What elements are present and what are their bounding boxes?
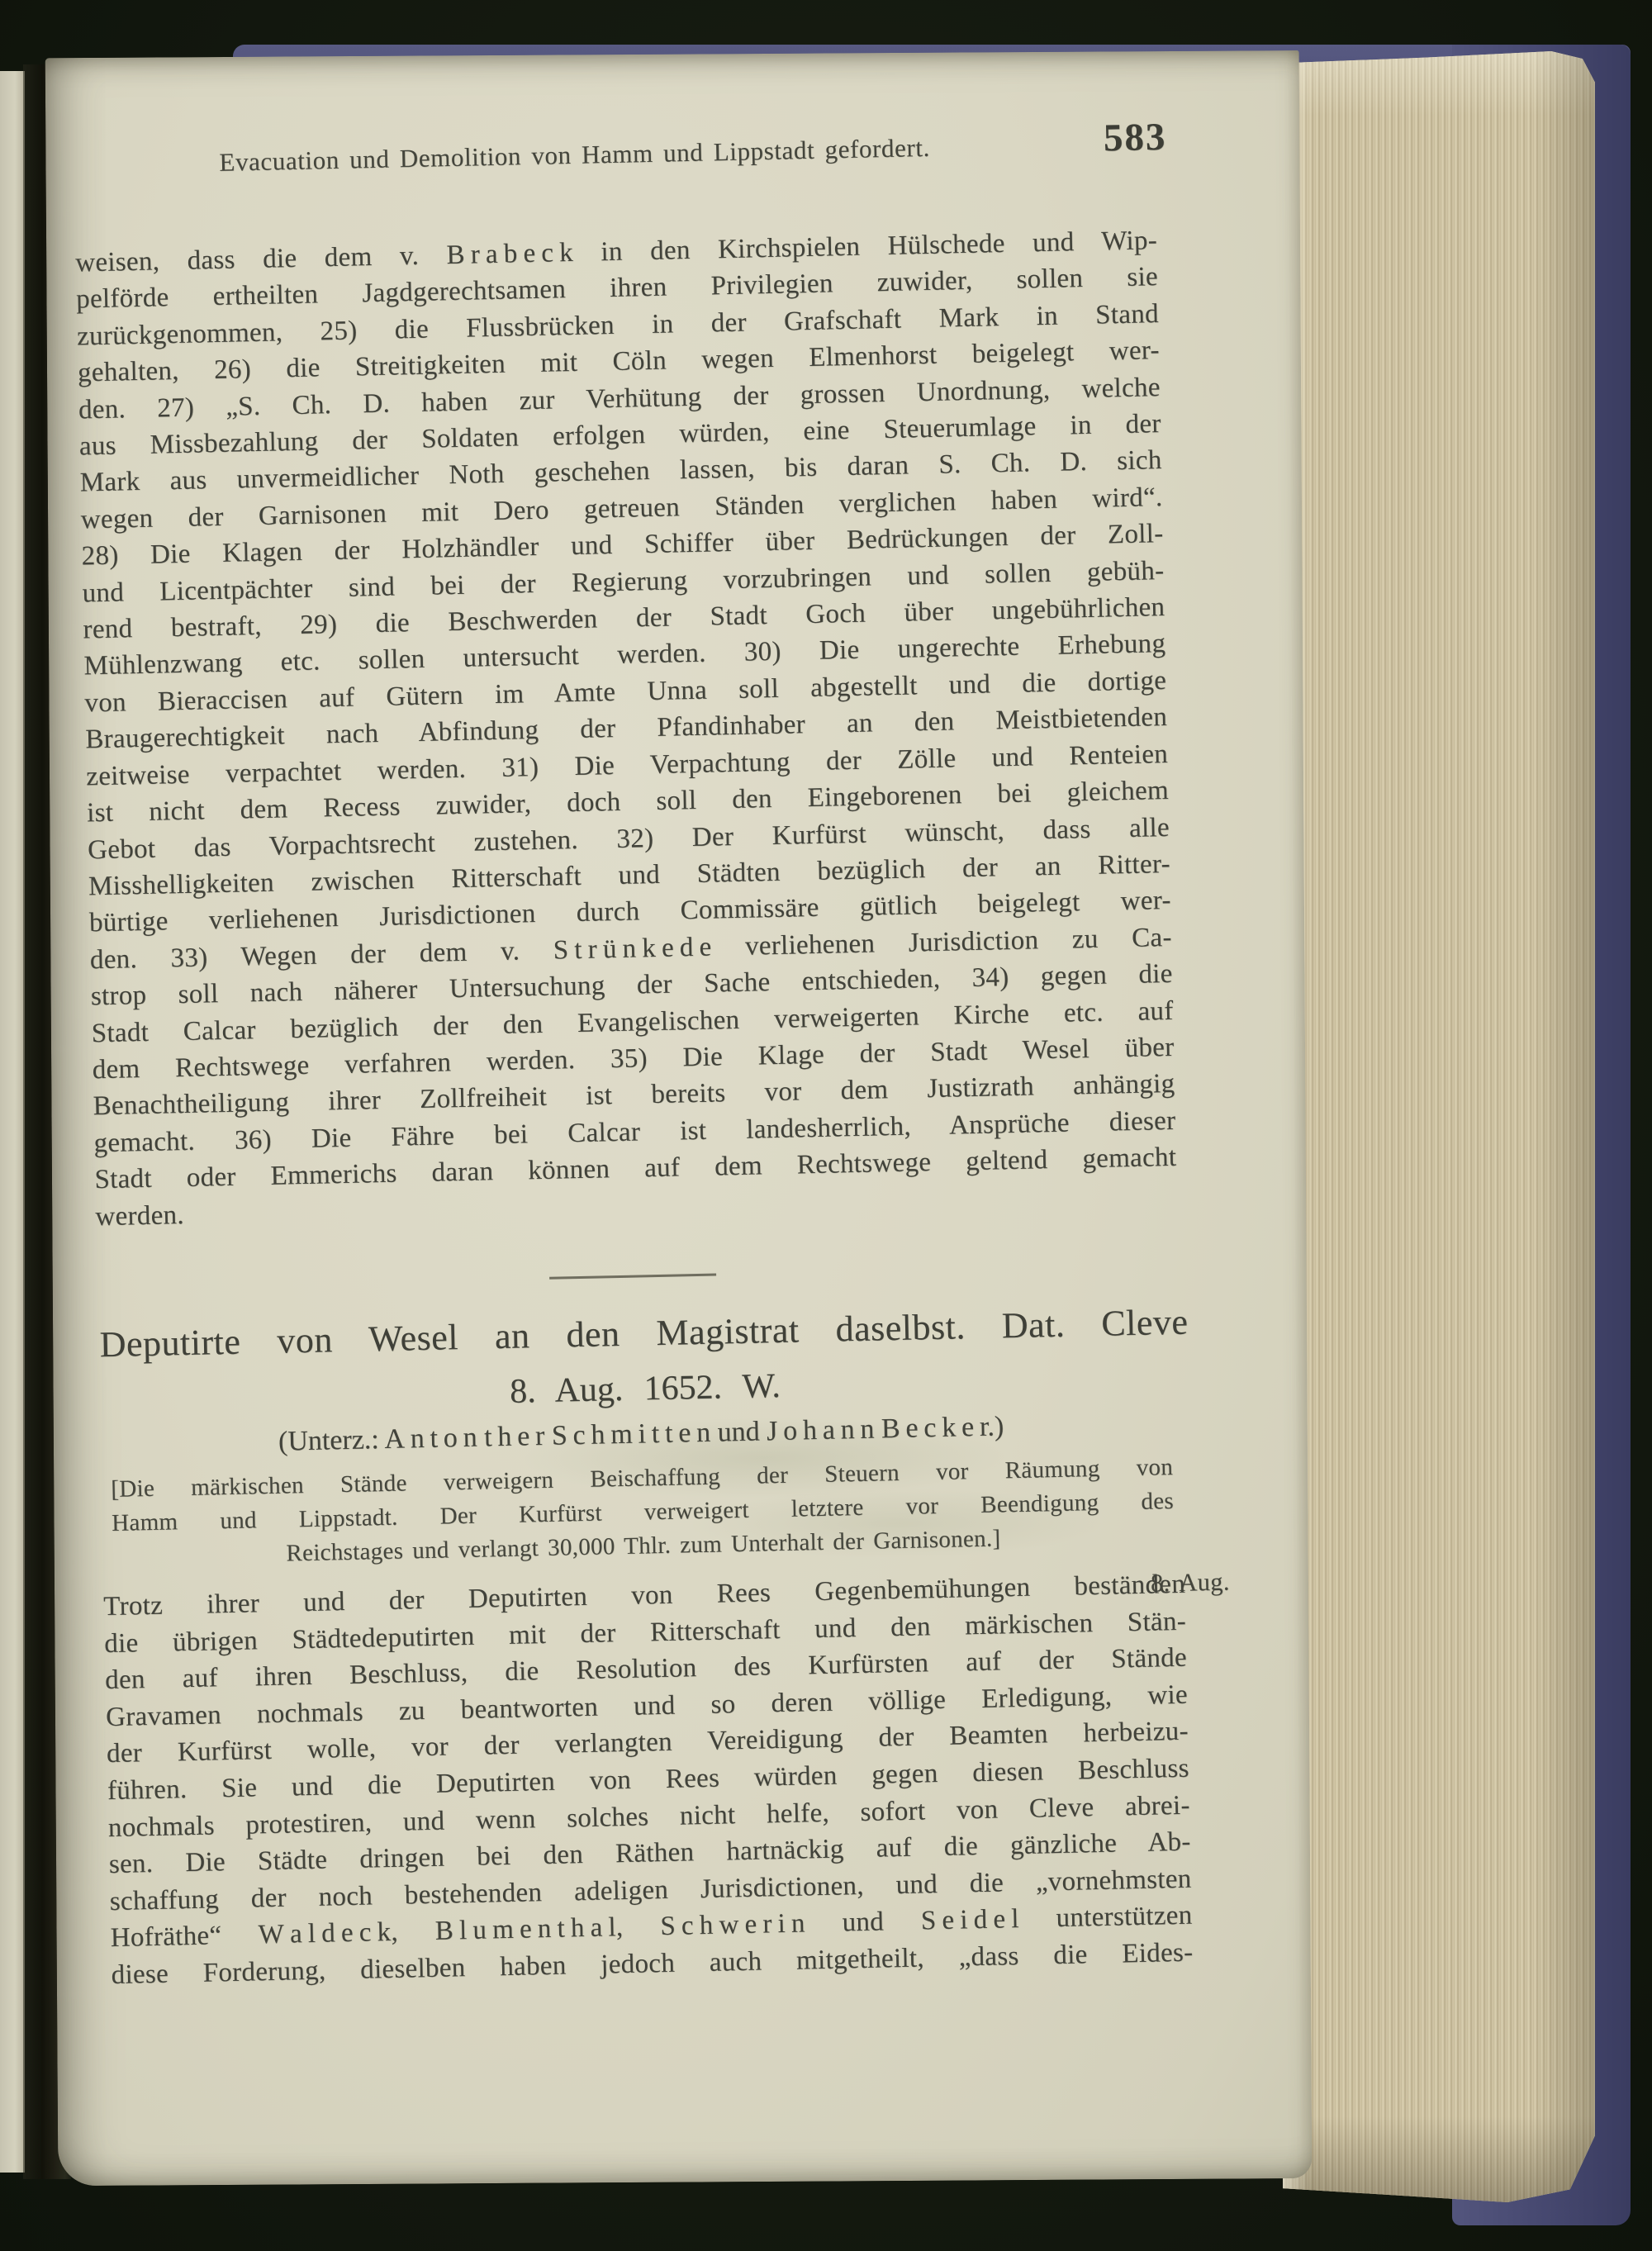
- book-page: Evacuation und Demolition von Hamm und L…: [45, 50, 1313, 2186]
- page-text-layer: Evacuation und Demolition von Hamm und L…: [30, 40, 1328, 2194]
- page-number: 583: [1103, 115, 1167, 161]
- running-header-text: Evacuation und Demolition von Hamm und L…: [73, 128, 1155, 180]
- facing-page-edge: [0, 71, 25, 2173]
- section-separator-rule: [549, 1274, 716, 1280]
- entry-body-paragraph: 8. Aug. Trotz ihrer und der Deputirten v…: [103, 1566, 1194, 1994]
- entry-heading-line1: Deputirte von Wesel an den Magistrat das…: [99, 1299, 1189, 1369]
- running-header: Evacuation und Demolition von Hamm und L…: [73, 128, 1156, 193]
- continuation-paragraph: weisen, dass die dem v. B r a b e c k in…: [75, 222, 1178, 1235]
- editorial-summary: [Die märkischen Stände verweigern Beisch…: [101, 1451, 1184, 1574]
- margin-date-note: 8. Aug.: [1151, 1563, 1259, 1602]
- book-photo: Evacuation und Demolition von Hamm und L…: [0, 0, 1652, 2251]
- fore-edge-page-stack: [1283, 51, 1595, 2202]
